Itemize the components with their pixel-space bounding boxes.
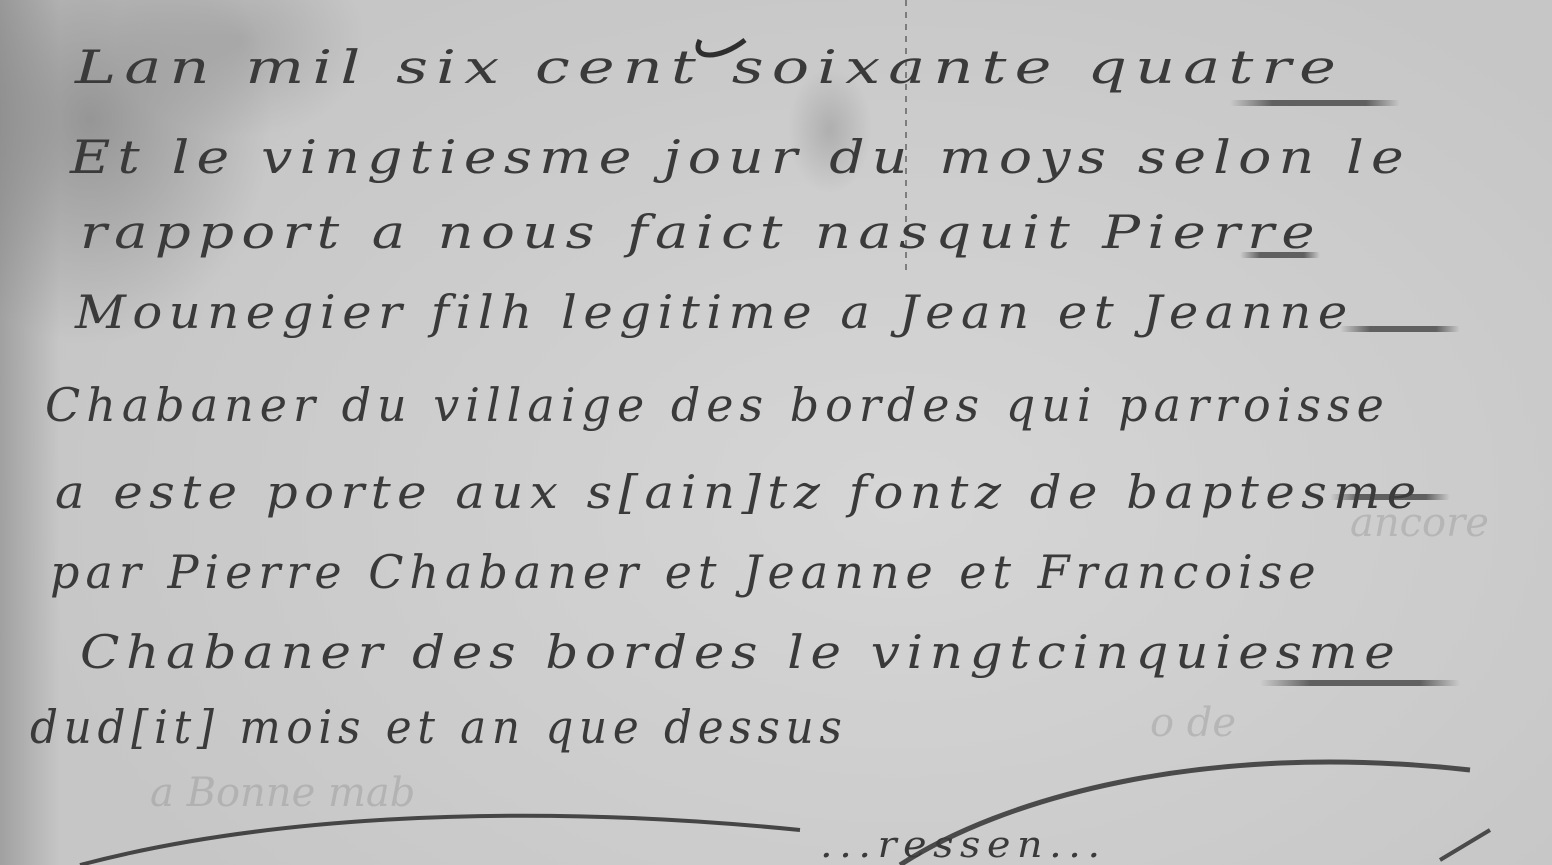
manuscript-page: ancore o de a Bonne mab Lan mil six cent… (0, 0, 1552, 865)
signature-flourish (0, 0, 1552, 865)
signature-partial: ...ressen... (820, 825, 1107, 865)
